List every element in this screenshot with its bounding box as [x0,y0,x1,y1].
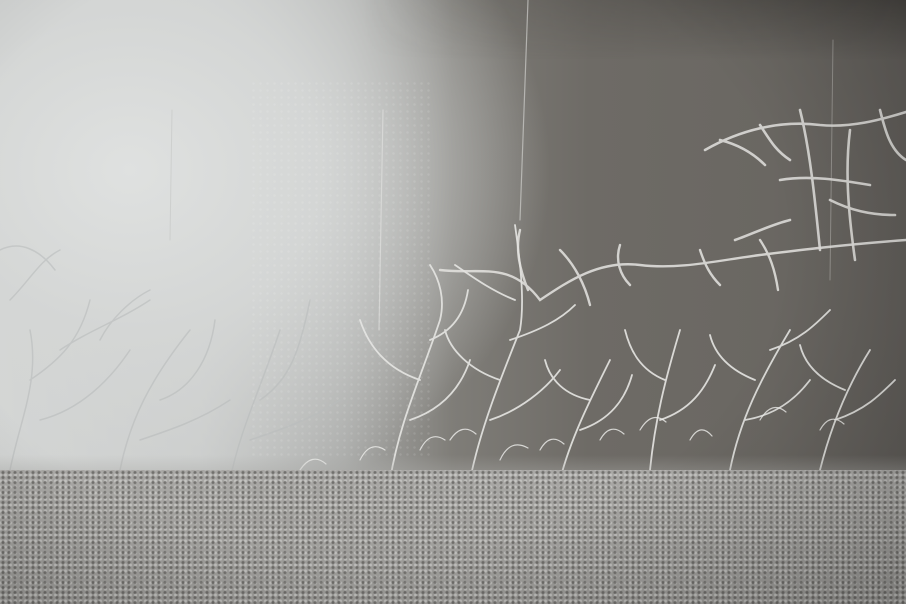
frost-window-photo [0,0,906,604]
vignette [0,0,906,604]
